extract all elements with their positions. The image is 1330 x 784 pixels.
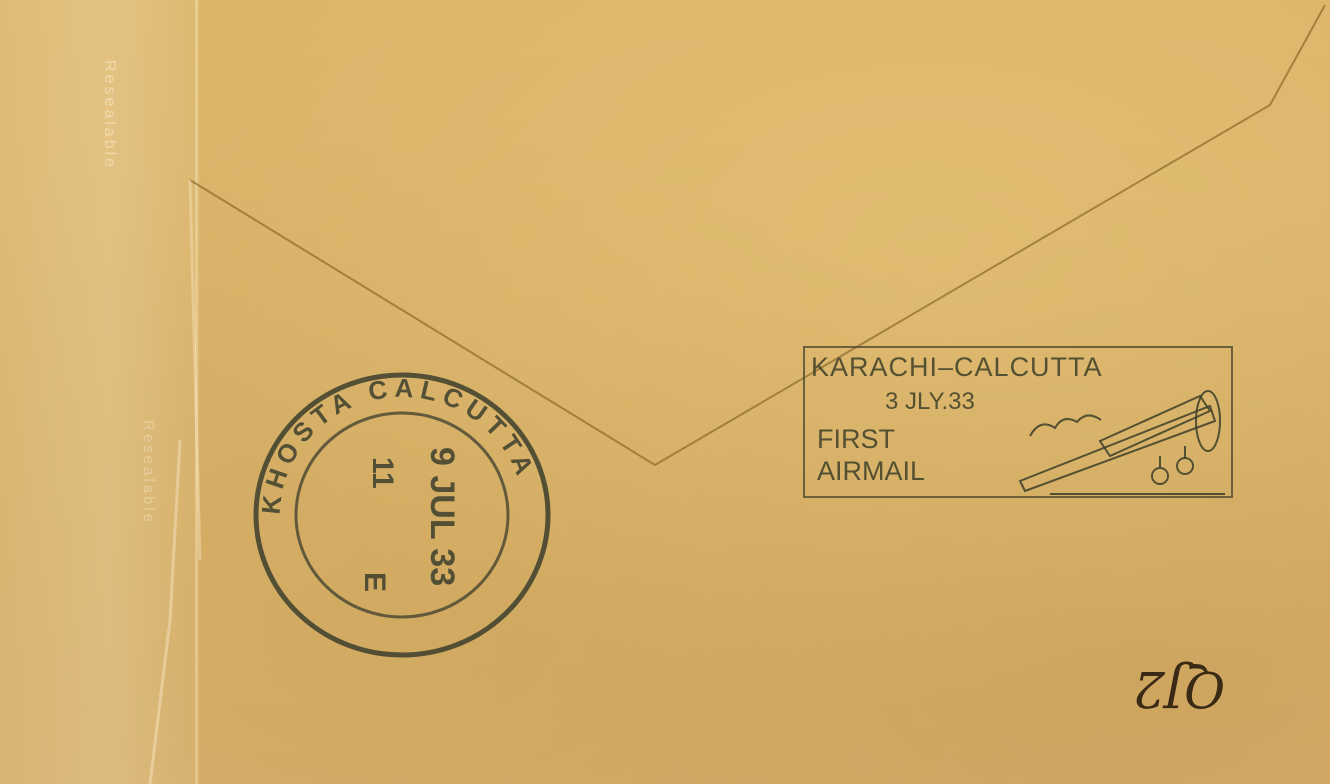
cachet-first: FIRST bbox=[817, 424, 895, 455]
postmark-date: 9 JUL 33 bbox=[423, 447, 461, 586]
cachet-date: 3 JLY.33 bbox=[885, 388, 975, 416]
postmark-time: 11 bbox=[366, 457, 399, 489]
circular-postmark: KHOSTA CALCUTTA 9 JUL 33 11 E bbox=[253, 372, 551, 658]
first-flight-cachet: KARACHI–CALCUTTA 3 JLY.33 FIRST AIRMAIL bbox=[803, 346, 1233, 498]
handwritten-note: QJ2 bbox=[1133, 660, 1226, 718]
biplane-icon bbox=[1010, 366, 1230, 496]
postmark-suffix: E bbox=[358, 572, 391, 592]
cachet-airmail: AIRMAIL bbox=[817, 456, 925, 487]
